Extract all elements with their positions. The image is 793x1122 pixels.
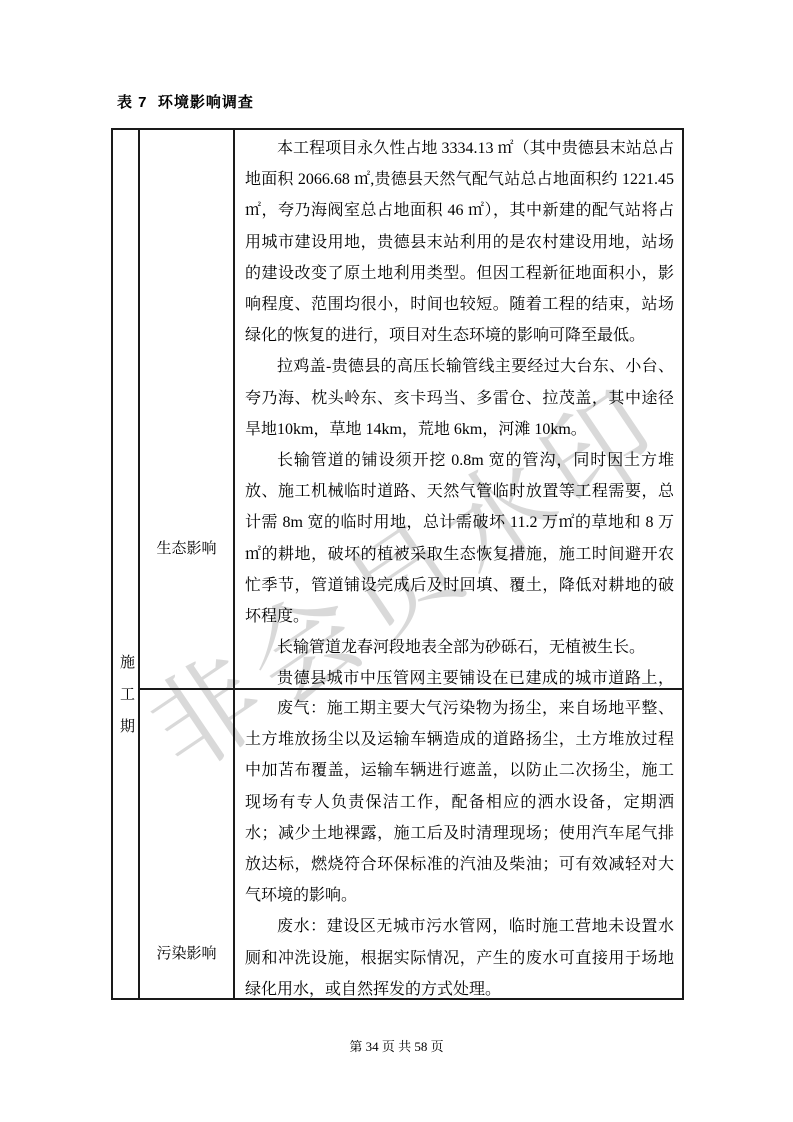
document-page: 非会员水印 表 7 环境影响调查 施工期 生态影响 本工程项目永久性占地 333… [0, 0, 793, 1122]
row-content-cell: 废气：施工期主要大气污染物为扬尘，来自场地平整、土方堆放扬尘以及运输车辆造成的道… [235, 690, 682, 998]
row-content-cell: 本工程项目永久性占地 3334.13 ㎡（其中贵德县末站总占地面积 2066.6… [235, 130, 682, 688]
table-row-pollution-impact: 污染影响 废气：施工期主要大气污染物为扬尘，来自场地平整、土方堆放扬尘以及运输车… [140, 690, 682, 998]
paragraph: 拉鸡盖-贵德县的高压长输管线主要经过大台东、小台、夸乃海、枕头岭东、亥卡玛当、多… [245, 351, 674, 445]
table-body: 生态影响 本工程项目永久性占地 3334.13 ㎡（其中贵德县末站总占地面积 2… [140, 130, 682, 998]
phase-column-cell: 施工期 [113, 130, 140, 998]
paragraph: 废气：施工期主要大气污染物为扬尘，来自场地平整、土方堆放扬尘以及运输车辆造成的道… [245, 693, 674, 911]
environment-impact-table: 施工期 生态影响 本工程项目永久性占地 3334.13 ㎡（其中贵德县末站总占地… [111, 128, 684, 1000]
table-caption: 表 7 环境影响调查 [117, 91, 254, 112]
paragraph: 长输管道龙春河段地表全部为砂砾石，无植被生长。 [245, 632, 674, 663]
page-number: 第 34 页 共 58 页 [0, 1036, 793, 1055]
paragraph: 本工程项目永久性占地 3334.13 ㎡（其中贵德县末站总占地面积 2066.6… [245, 133, 674, 351]
paragraph: 贵德县城市中压管网主要铺设在已建成的城市道路上，仅对城市道路进行开挖，不会对城市… [245, 663, 674, 688]
paragraph: 长输管道的铺设须开挖 0.8m 宽的管沟，同时因土方堆放、施工机械临时道路、天然… [245, 445, 674, 632]
table-row-ecological-impact: 生态影响 本工程项目永久性占地 3334.13 ㎡（其中贵德县末站总占地面积 2… [140, 130, 682, 690]
row-label: 污染影响 [156, 942, 216, 963]
phase-label: 施工期 [113, 654, 138, 750]
paragraph: 废水：建设区无城市污水管网，临时施工营地未设置水厕和冲洗设施，根据实际情况，产生… [245, 911, 674, 998]
row-label: 生态影响 [156, 537, 216, 558]
row-label-cell: 生态影响 [140, 130, 235, 688]
row-label-cell: 污染影响 [140, 690, 235, 998]
